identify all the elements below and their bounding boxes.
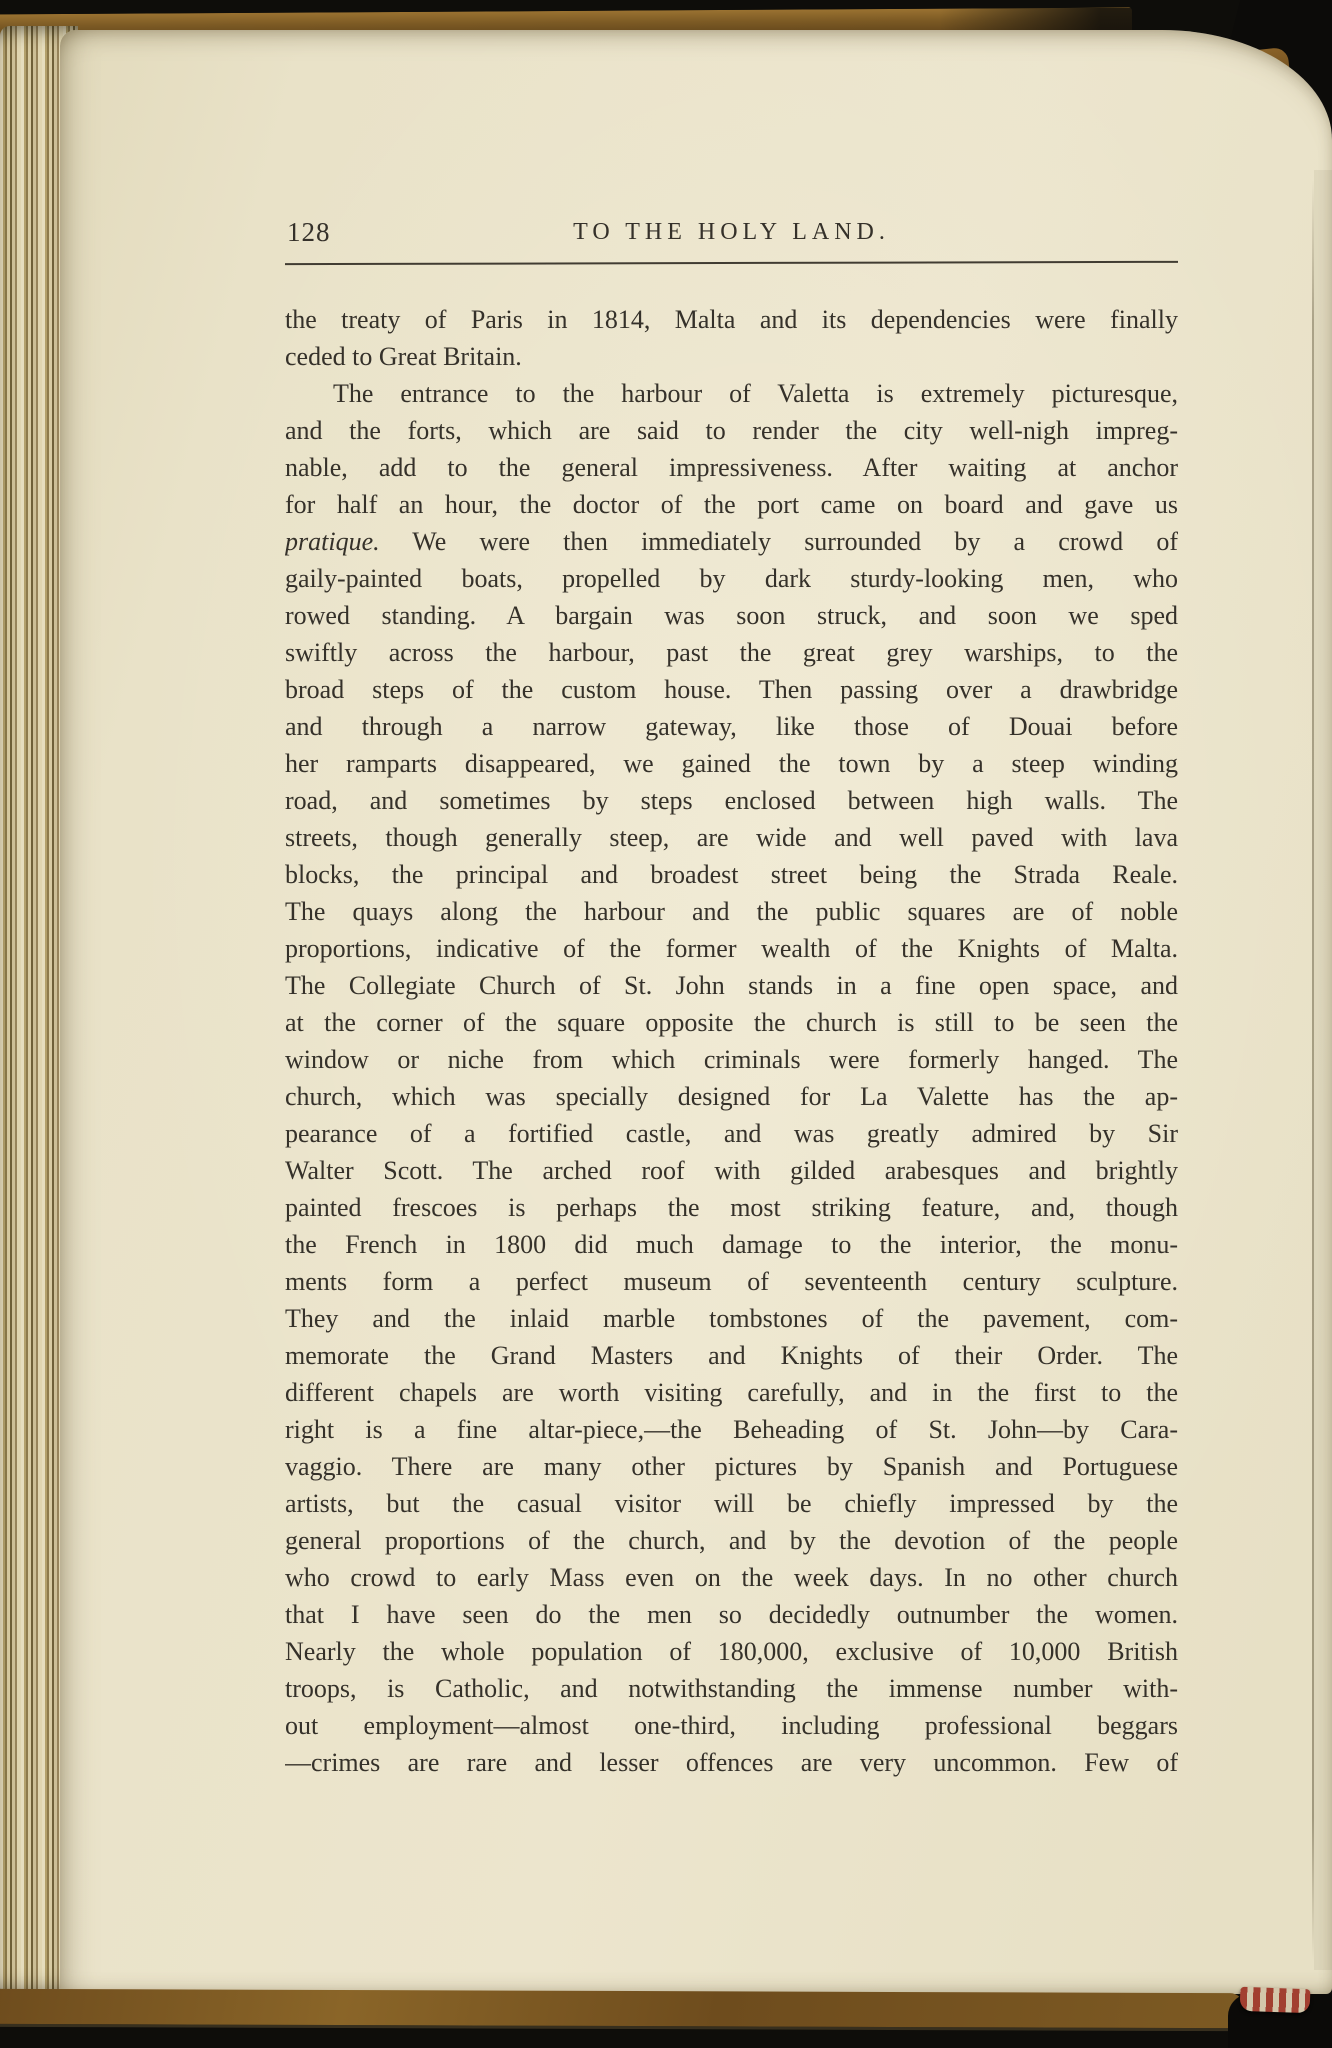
text-line: and the forts, which are said to render … [285, 412, 1178, 449]
text-line: They and the inlaid marble tombstones of… [285, 1300, 1178, 1337]
text-line: pratique. We were then immediately surro… [285, 523, 1178, 560]
text-line: The entrance to the harbour of Valetta i… [285, 375, 1178, 412]
text-line: different chapels are worth visiting car… [285, 1374, 1178, 1411]
running-head: TO THE HOLY LAND. [285, 212, 1178, 252]
text-line: ceded to Great Britain. [285, 338, 1178, 375]
page-text: the treaty of Paris in 1814, Malta and i… [285, 301, 1178, 1781]
cover-bottom-edge [0, 1989, 1244, 2028]
text-line: The Collegiate Church of St. John stands… [285, 967, 1178, 1004]
header-rule [285, 261, 1178, 265]
text-line: the French in 1800 did much damage to th… [285, 1226, 1178, 1263]
text-line: for half an hour, the doctor of the port… [285, 486, 1178, 523]
text-line: —crimes are rare and lesser offences are… [285, 1744, 1178, 1781]
text-line: memorate the Grand Masters and Knights o… [285, 1337, 1178, 1374]
text-line: troops, is Catholic, and notwithstanding… [285, 1670, 1178, 1707]
text-line: streets, though generally steep, are wid… [285, 819, 1178, 856]
text-line: gaily-painted boats, propelled by dark s… [285, 560, 1178, 597]
page-header: 128 TO THE HOLY LAND. [285, 212, 1178, 252]
text-line: broad steps of the custom house. Then pa… [285, 671, 1178, 708]
facing-page-edge [1314, 170, 1332, 1970]
text-line: Walter Scott. The arched roof with gilde… [285, 1152, 1178, 1189]
book-scan: 128 TO THE HOLY LAND. the treaty of Pari… [0, 0, 1332, 2048]
text-line: road, and sometimes by steps enclosed be… [285, 782, 1178, 819]
text-line: who crowd to early Mass even on the week… [285, 1559, 1178, 1596]
text-line: pearance of a fortified castle, and was … [285, 1115, 1178, 1152]
text-line: that I have seen do the men so decidedly… [285, 1596, 1178, 1633]
text-line: ments form a perfect museum of seventeen… [285, 1263, 1178, 1300]
text-line: at the corner of the square opposite the… [285, 1004, 1178, 1041]
text-line: general proportions of the church, and b… [285, 1522, 1178, 1559]
text-line: Nearly the whole population of 180,000, … [285, 1633, 1178, 1670]
text-line: artists, but the casual visitor will be … [285, 1485, 1178, 1522]
text-line: right is a fine altar-piece,—the Beheadi… [285, 1411, 1178, 1448]
text-line: the treaty of Paris in 1814, Malta and i… [285, 301, 1178, 338]
text-line: and through a narrow gateway, like those… [285, 708, 1178, 745]
text-line: her ramparts disappeared, we gained the … [285, 745, 1178, 782]
text-line: blocks, the principal and broadest stree… [285, 856, 1178, 893]
text-line: painted frescoes is perhaps the most str… [285, 1189, 1178, 1226]
text-line: rowed standing. A bargain was soon struc… [285, 597, 1178, 634]
text-line: out employment—almost one-third, includi… [285, 1707, 1178, 1744]
text-line: church, which was specially designed for… [285, 1078, 1178, 1115]
endband [1240, 1987, 1311, 2013]
text-line: swiftly across the harbour, past the gre… [285, 634, 1178, 671]
text-line: The quays along the harbour and the publ… [285, 893, 1178, 930]
book-page: 128 TO THE HOLY LAND. the treaty of Pari… [60, 30, 1332, 1994]
text-line: proportions, indicative of the former we… [285, 930, 1178, 967]
text-line: window or niche from which criminals wer… [285, 1041, 1178, 1078]
text-line: nable, add to the general impressiveness… [285, 449, 1178, 486]
text-line: vaggio. There are many other pictures by… [285, 1448, 1178, 1485]
